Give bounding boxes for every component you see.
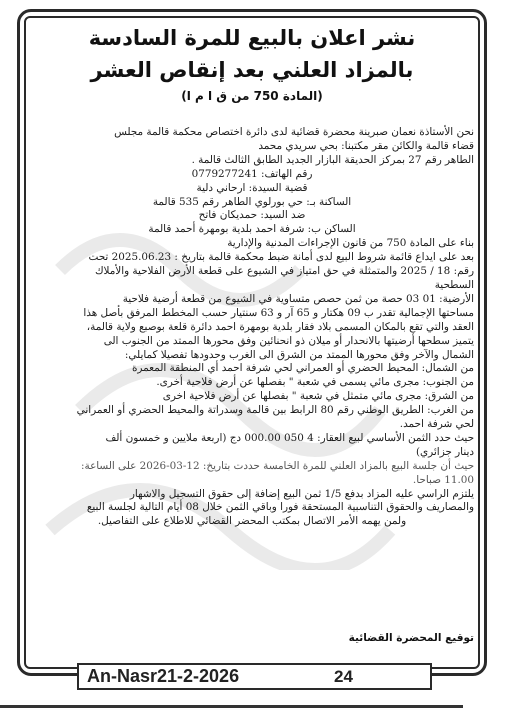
body-line: السطحية [30,279,474,293]
body-line: بناء على المادة 750 من قانون الإجراءات ا… [30,237,474,251]
boundary-west: من الغرب: الطريق الوطني رقم 80 الرابط بي… [30,404,474,418]
boundary-north: من الشمال: المحيط الحضري أو العمراني لحي… [30,362,474,376]
signature-label: توقيع المحضرة القضائية [30,632,474,644]
body-line: بعد على ايداع قائمة شروط البيع لدى أمانة… [30,251,474,265]
body-line: نحن الأستاذة نعمان صبرينة محضرة قضائية ل… [30,126,474,140]
body-line: مساحتها الإجمالية تقدر ب 09 هكتار و 65 آ… [30,307,474,321]
body-line: يتميز سطحها أرضيتها بالانحدار أو ميلان ذ… [30,335,474,349]
defendant-line: ضد السيد: حمديكان فاتح [30,209,474,223]
base-price-line: حيث حدد الثمن الأساسي لبيع العقار: 4 050… [30,432,474,446]
phone-line: رقم الهاتف: 0779277241 [30,168,474,182]
auction-time-line: 11.00 صباحا. [30,474,474,488]
article-reference: (المادة 750 من ق ا م ا) [26,86,478,106]
body-line: الشمال والآخر وفق محورها الممتد من الشرق… [30,349,474,363]
body-line: لحي شرفة احمد. [30,418,474,432]
body-line: يلتزم الراسي عليه المزاد بدفع 1/5 ثمن ال… [30,488,474,502]
publication-name-date: An-Nasr21-2-2026 [87,666,239,687]
boundary-south: من الجنوب: مجرى مائي يسمى في شعبة " بفصل… [30,376,474,390]
auction-date-line: حيث أن جلسة البيع بالمزاد العلني للمرة ا… [30,460,474,474]
defendant-address: الساكن ب: شرفة احمد بلدية بومهرة أحمد قا… [30,223,474,237]
body-line: والمصاريف والحقوق التناسبية المستحقة فور… [30,501,474,515]
body-line: رقم: 18 / 2025 والمتمثلة في حق امتياز في… [30,265,474,279]
body-line: العقد والتي تقع بالمكان المسمى بلاد فقار… [30,321,474,335]
body-line: دينار جزائري) [30,446,474,460]
publication-footer: An-Nasr21-2-2026 24 [77,663,432,690]
plaintiff-line: قضية السيدة: ارحاني دلية [30,182,474,196]
body-line: الطاهر رقم 27 بمركز الحديقة البازار الجد… [30,154,474,168]
page-number: 24 [334,667,353,687]
notice-body: نحن الأستاذة نعمان صبرينة محضرة قضائية ل… [30,126,474,529]
body-line: قضاء قالمة والكائن مقر مكتبنا: بحي سريدي… [30,140,474,154]
body-line: الأرضية: 01 03 حصة من ثمن حصص متساوية في… [30,293,474,307]
body-line: ولمن يهمه الأمر الاتصال بمكتب المحضر الق… [30,515,474,529]
boundary-east: من الشرق: مجرى مائي متمثل في شعبة " بفصل… [30,390,474,404]
notice-subtitle: بالمزاد العلني بعد إنقاص العشر [26,54,478,86]
notice-header: نشر اعلان بالبيع للمرة السادسة بالمزاد ا… [26,22,478,106]
plaintiff-address: الساكنة بـ: حي بورلوي الطاهر رقم 535 قال… [30,196,474,210]
bottom-rule [0,705,463,708]
notice-title: نشر اعلان بالبيع للمرة السادسة [26,22,478,54]
